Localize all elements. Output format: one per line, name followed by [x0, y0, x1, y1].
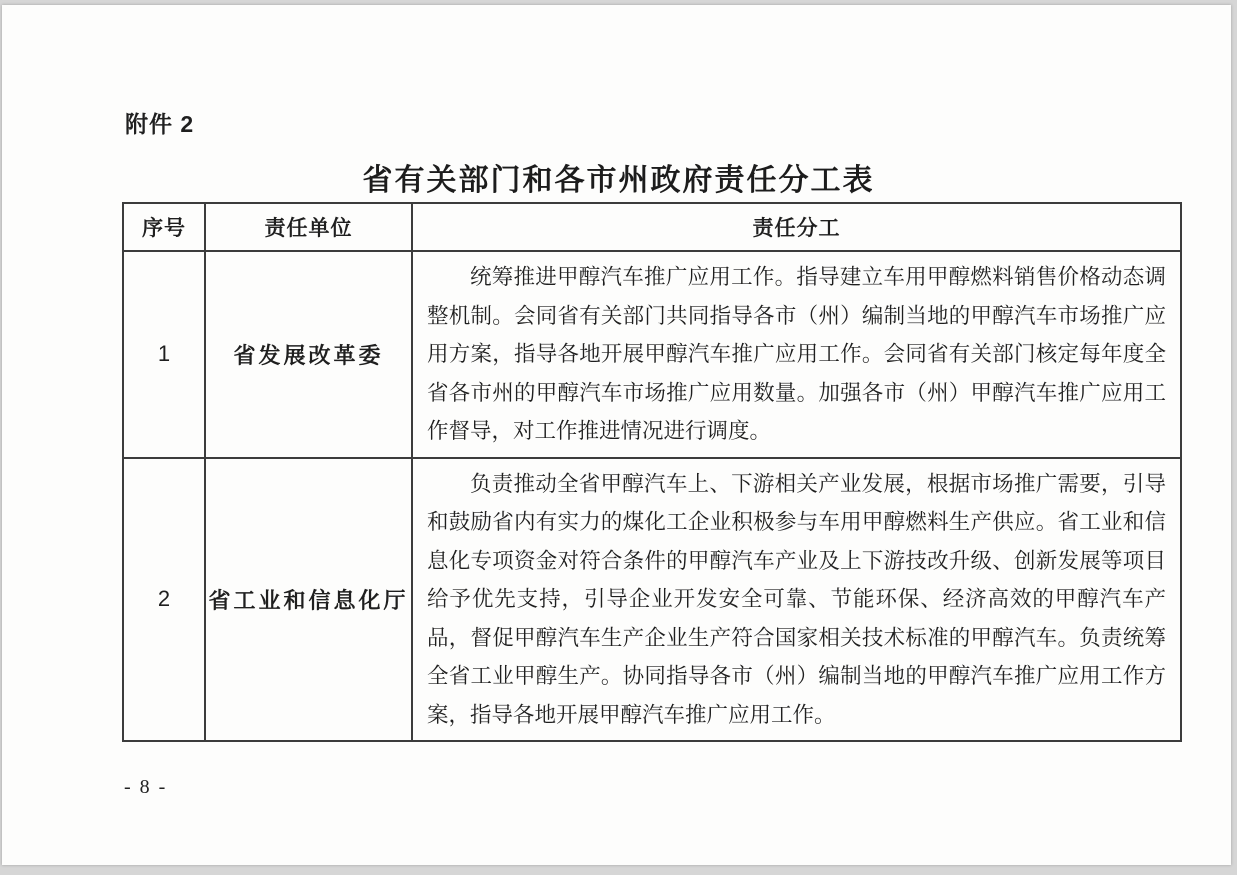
serial-number-cell: 1: [123, 251, 205, 458]
unit-name-cell: 省工业和信息化厅: [205, 458, 412, 742]
document-title: 省有关部门和各市州政府责任分工表: [0, 155, 1237, 199]
table-row: 2 省工业和信息化厅 负责推动全省甲醇汽车上、下游相关产业发展，根据市场推广需要…: [123, 458, 1181, 742]
duty-text-cell: 统筹推进甲醇汽车推广应用工作。指导建立车用甲醇燃料销售价格动态调整机制。会同省有…: [412, 251, 1181, 458]
header-duty-division: 责任分工: [412, 203, 1181, 251]
header-serial-number: 序号: [123, 203, 205, 251]
header-responsible-unit: 责任单位: [205, 203, 412, 251]
page-number: - 8 -: [124, 776, 167, 799]
serial-number-cell: 2: [123, 458, 205, 742]
duty-text: 统筹推进甲醇汽车推广应用工作。指导建立车用甲醇燃料销售价格动态调整机制。会同省有…: [427, 258, 1166, 451]
table-row: 1 省发展改革委 统筹推进甲醇汽车推广应用工作。指导建立车用甲醇燃料销售价格动态…: [123, 251, 1181, 458]
unit-name-cell: 省发展改革委: [205, 251, 412, 458]
duty-text-cell: 负责推动全省甲醇汽车上、下游相关产业发展，根据市场推广需要，引导和鼓励省内有实力…: [412, 458, 1181, 742]
responsibility-table: 序号 责任单位 责任分工 1 省发展改革委 统筹推进甲醇汽车推广应用工作。指导建…: [122, 202, 1182, 742]
duty-text: 负责推动全省甲醇汽车上、下游相关产业发展，根据市场推广需要，引导和鼓励省内有实力…: [427, 465, 1166, 735]
attachment-label: 附件 2: [125, 106, 194, 139]
table-header-row: 序号 责任单位 责任分工: [123, 203, 1181, 251]
